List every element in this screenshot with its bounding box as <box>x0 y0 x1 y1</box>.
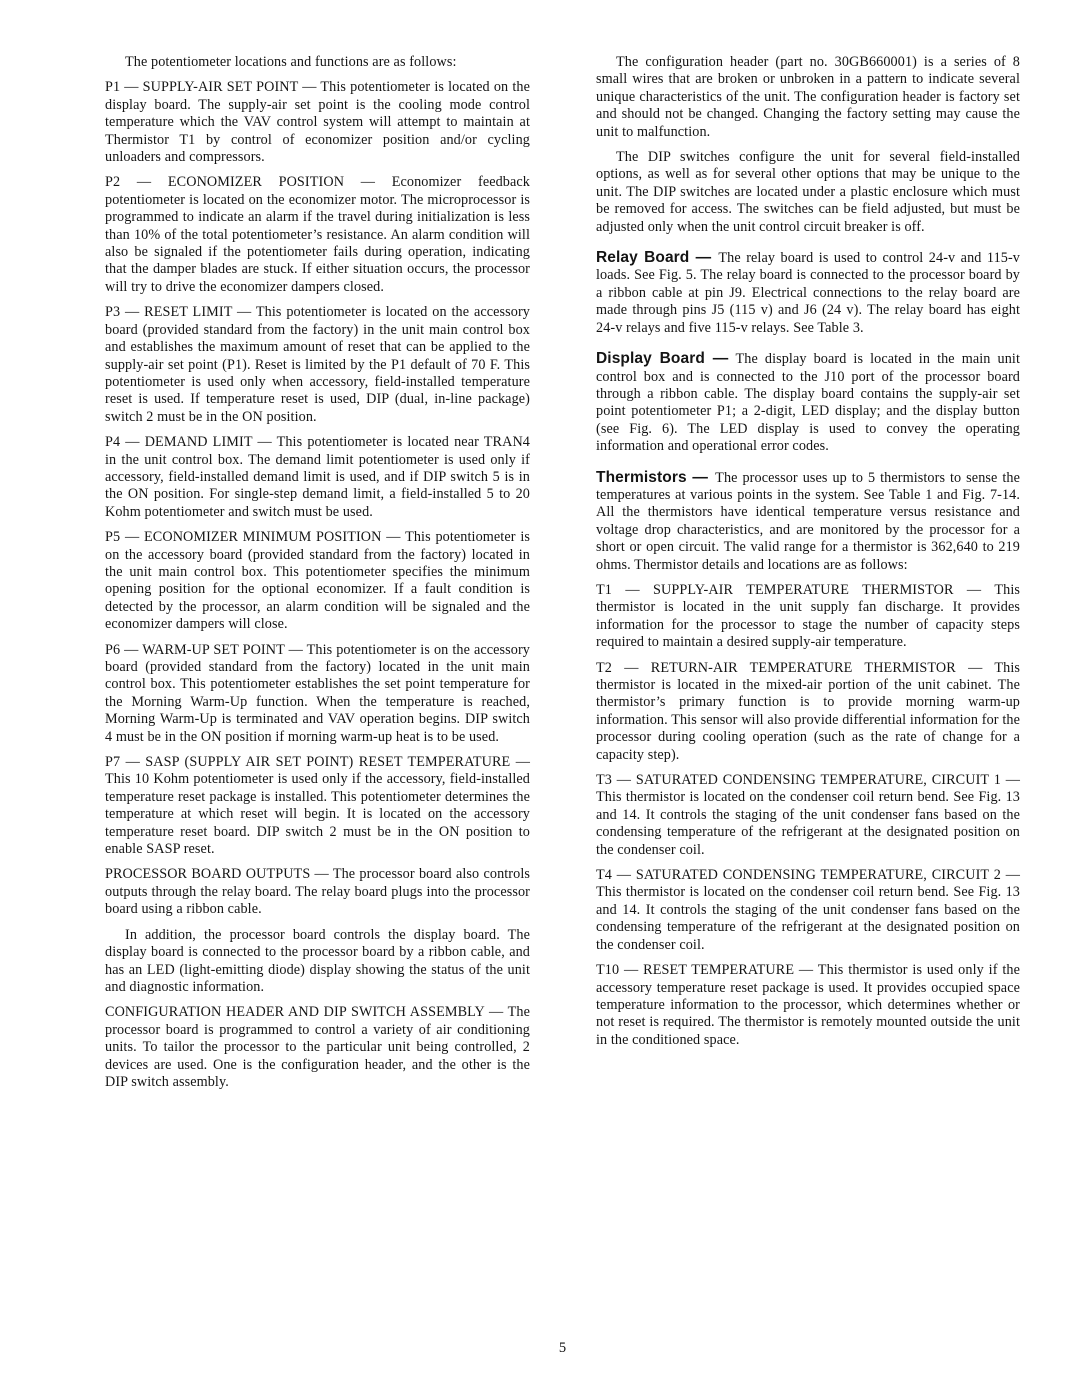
section-heading: Relay Board — <box>596 249 711 266</box>
column-left: The potentiometer locations and function… <box>105 54 530 1099</box>
paragraph: PROCESSOR BOARD OUTPUTS — The processor … <box>105 866 530 918</box>
paragraph: CONFIGURATION HEADER AND DIP SWITCH ASSE… <box>105 1004 530 1091</box>
section-heading: Thermistors — <box>596 469 708 486</box>
column-right: The configuration header (part no. 30GB6… <box>596 54 1020 1099</box>
section-heading: Display Board — <box>596 350 728 367</box>
paragraph: The configuration header (part no. 30GB6… <box>596 54 1020 141</box>
paragraph: P1 — SUPPLY-AIR SET POINT — This potenti… <box>105 79 530 166</box>
page-number: 5 <box>105 1340 1020 1357</box>
paragraph: P4 — DEMAND LIMIT — This potentiometer i… <box>105 434 530 521</box>
paragraph: T1 — SUPPLY-AIR TEMPERATURE THERMISTOR —… <box>596 582 1020 652</box>
paragraph: P2 — ECONOMIZER POSITION — Economizer fe… <box>105 174 530 296</box>
paragraph: T4 — SATURATED CONDENSING TEMPERATURE, C… <box>596 867 1020 954</box>
paragraph: P7 — SASP (SUPPLY AIR SET POINT) RESET T… <box>105 754 530 858</box>
paragraph: T10 — RESET TEMPERATURE — This thermisto… <box>596 962 1020 1049</box>
paragraph: Display Board — The display board is loc… <box>596 350 1020 455</box>
paragraph: The DIP switches configure the unit for … <box>596 149 1020 236</box>
paragraph: The potentiometer locations and function… <box>105 54 530 71</box>
paragraph: Relay Board — The relay board is used to… <box>596 249 1020 337</box>
paragraph: P6 — WARM-UP SET POINT — This potentiome… <box>105 642 530 746</box>
paragraph: Thermistors — The processor uses up to 5… <box>596 469 1020 574</box>
paragraph: In addition, the processor board control… <box>105 927 530 997</box>
manual-page: The potentiometer locations and function… <box>0 0 1080 1397</box>
paragraph: P3 — RESET LIMIT — This potentiometer is… <box>105 304 530 426</box>
paragraph: T3 — SATURATED CONDENSING TEMPERATURE, C… <box>596 772 1020 859</box>
text-columns: The potentiometer locations and function… <box>105 54 1020 1099</box>
paragraph: T2 — RETURN-AIR TEMPERATURE THERMISTOR —… <box>596 660 1020 764</box>
paragraph: P5 — ECONOMIZER MINIMUM POSITION — This … <box>105 529 530 633</box>
